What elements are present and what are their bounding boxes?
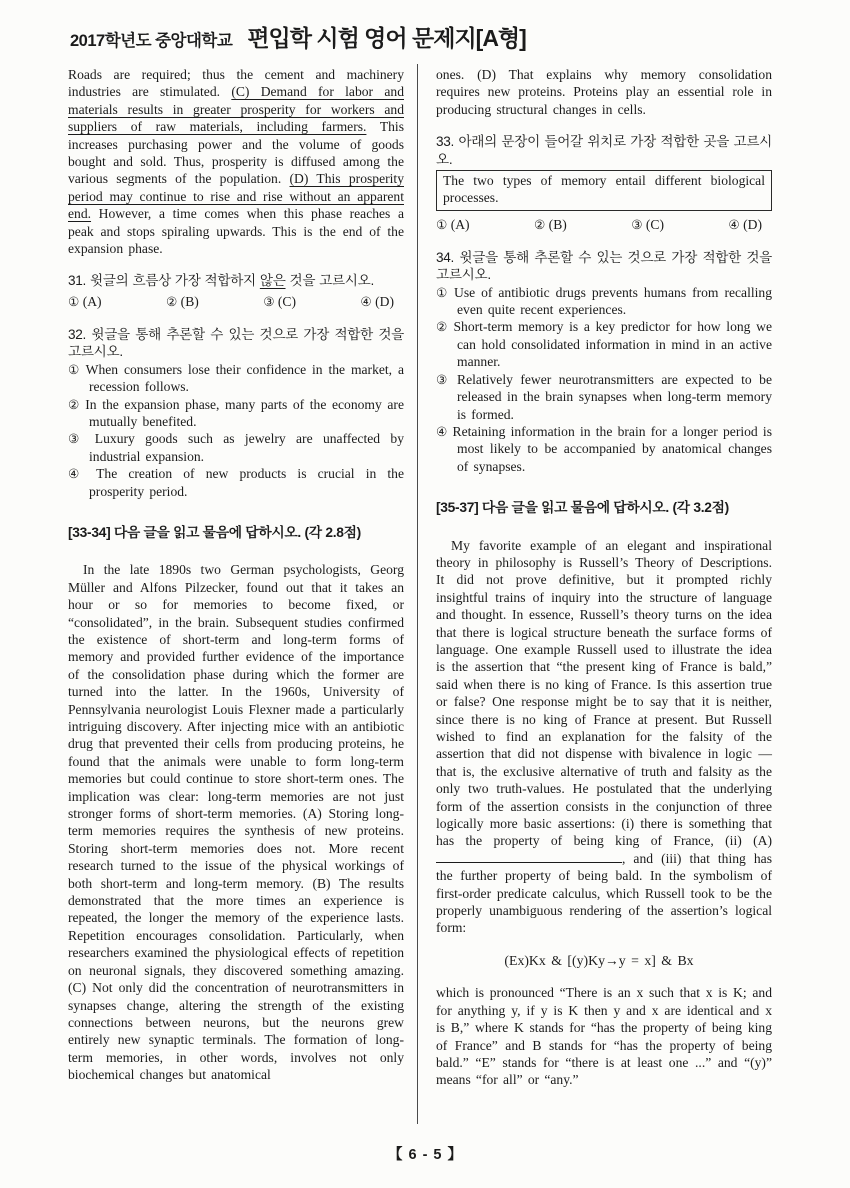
exam-page: 2017학년도 중앙대학교 편입학 시험 영어 문제지[A형] Roads ar… — [0, 0, 850, 1188]
passage-text-continued: Roads are required; thus the cement and … — [68, 66, 404, 257]
option-text: (C) — [646, 217, 664, 232]
question-prompt: 34. 윗글을 통해 추론할 수 있는 것으로 가장 적합한 것을 고르시오. — [436, 249, 772, 284]
question-34: 34. 윗글을 통해 추론할 수 있는 것으로 가장 적합한 것을 고르시오. … — [436, 249, 772, 475]
answer-option[interactable]: ① When consumers lose their confidence i… — [68, 361, 404, 396]
answer-option[interactable]: ④ (D) — [360, 292, 394, 311]
option-number-icon: ③ — [436, 372, 450, 387]
option-number-icon: ② — [68, 397, 80, 412]
text-run: My favorite example of an elegant and in… — [436, 538, 772, 849]
option-number-icon: ④ — [68, 466, 85, 481]
answer-options-row: ① (A)② (B)③ (C)④ (D) — [436, 215, 772, 234]
underlined-text: 않은 — [260, 273, 286, 288]
section-heading-33-34: [33-34] 다음 글을 읽고 물음에 답하시오. (각 2.8점) — [68, 524, 404, 541]
option-number-icon: ① — [68, 362, 80, 377]
option-number-icon: ① — [436, 285, 448, 300]
question-prompt: 31. 윗글의 흐름상 가장 적합하지 않은 것을 고르시오. — [68, 272, 404, 289]
answer-option[interactable]: ④ The creation of new products is crucia… — [68, 465, 404, 500]
option-text: Use of antibiotic drugs prevents humans … — [454, 285, 772, 317]
option-number-icon: ③ — [68, 431, 84, 446]
boxed-sentence: The two types of memory entail different… — [443, 172, 765, 207]
option-text: (B) — [549, 217, 567, 232]
answer-option[interactable]: ② (B) — [166, 292, 199, 311]
option-text: (D) — [375, 294, 394, 309]
option-text: (B) — [181, 294, 199, 309]
question-prompt: 33. 아래의 문장이 들어갈 위치로 가장 적합한 곳을 고르시오. — [436, 133, 772, 168]
option-text: (C) — [278, 294, 296, 309]
question-prompt: 32. 윗글을 통해 추론할 수 있는 것으로 가장 적합한 것을 고르시오. — [68, 326, 404, 361]
option-text: When consumers lose their confidence in … — [86, 362, 404, 394]
option-number-icon: ② — [166, 294, 177, 309]
answer-option[interactable]: ③ Luxury goods such as jewelry are unaff… — [68, 430, 404, 465]
option-text: (A) — [451, 217, 470, 232]
answer-option[interactable]: ② Short-term memory is a key predictor f… — [436, 318, 772, 370]
question-32: 32. 윗글을 통해 추론할 수 있는 것으로 가장 적합한 것을 고르시오. … — [68, 326, 404, 500]
page-number: 【 6 - 5 】 — [0, 1143, 850, 1164]
text-run: However, a time comes when this phase re… — [68, 206, 404, 256]
option-number-icon: ③ — [263, 294, 274, 309]
option-text: Luxury goods such as jewelry are unaffec… — [89, 431, 404, 463]
passage-text-35-37: My favorite example of an elegant and in… — [436, 537, 772, 937]
logic-formula: (Ex)Kx & [(y)Ky→y = x] & Bx — [436, 952, 762, 969]
option-number-icon: ④ — [360, 294, 371, 309]
answer-option[interactable]: ① (A) — [68, 292, 102, 311]
answer-options-list: ① When consumers lose their confidence i… — [68, 361, 404, 500]
option-number-icon: ② — [534, 217, 545, 232]
text-run: 31. 윗글의 흐름상 가장 적합하지 — [68, 273, 260, 288]
option-number-icon: ④ — [728, 217, 739, 232]
right-column: ones. (D) That explains why memory conso… — [436, 66, 772, 1089]
option-number-icon: ① — [436, 217, 447, 232]
two-column-body: Roads are required; thus the cement and … — [68, 66, 772, 1089]
answer-option[interactable]: ② In the expansion phase, many parts of … — [68, 396, 404, 431]
answer-option[interactable]: ③ (C) — [263, 292, 296, 311]
left-column: Roads are required; thus the cement and … — [68, 66, 404, 1089]
answer-option[interactable]: ① (A) — [436, 215, 470, 234]
passage-closing-text: which is pronounced “There is an x such … — [436, 984, 772, 1088]
section-heading-35-37: [35-37] 다음 글을 읽고 물음에 답하시오. (각 3.2점) — [436, 499, 772, 516]
option-number-icon: ② — [436, 319, 448, 334]
exam-school-label: 2017학년도 중앙대학교 — [70, 27, 232, 51]
option-number-icon: ① — [68, 294, 79, 309]
option-text: (D) — [743, 217, 762, 232]
option-text: Retaining information in the brain for a… — [453, 424, 772, 474]
option-text: The creation of new products is crucial … — [89, 466, 404, 498]
fill-in-blank — [436, 851, 622, 863]
page-header: 2017학년도 중앙대학교 편입학 시험 영어 문제지[A형] — [70, 20, 526, 53]
boxed-sentence-frame: The two types of memory entail different… — [436, 170, 772, 211]
answer-option[interactable]: ③ (C) — [631, 215, 664, 234]
passage-text-33-34: In the late 1890s two German psychologis… — [68, 561, 404, 1083]
answer-option[interactable]: ③ Relatively fewer neurotransmitters are… — [436, 371, 772, 423]
answer-option[interactable]: ④ Retaining information in the brain for… — [436, 423, 772, 475]
option-text: In the expansion phase, many parts of th… — [85, 397, 404, 429]
text-run: 것을 고르시오. — [286, 273, 374, 288]
text-run: , and (iii) that thing has the further p… — [436, 851, 772, 936]
option-text: Relatively fewer neurotransmitters are e… — [457, 372, 772, 422]
answer-options-list: ① Use of antibiotic drugs prevents human… — [436, 284, 772, 475]
question-31: 31. 윗글의 흐름상 가장 적합하지 않은 것을 고르시오. ① (A)② (… — [68, 272, 404, 310]
answer-option[interactable]: ② (B) — [534, 215, 567, 234]
answer-option[interactable]: ④ (D) — [728, 215, 762, 234]
passage-text-33-34-continued: ones. (D) That explains why memory conso… — [436, 66, 772, 118]
answer-option[interactable]: ① Use of antibiotic drugs prevents human… — [436, 284, 772, 319]
question-33: 33. 아래의 문장이 들어갈 위치로 가장 적합한 곳을 고르시오. The … — [436, 133, 772, 234]
option-text: Short-term memory is a key predictor for… — [454, 319, 773, 369]
option-number-icon: ④ — [436, 424, 447, 439]
page-title: 편입학 시험 영어 문제지[A형] — [247, 20, 526, 53]
answer-options-row: ① (A)② (B)③ (C)④ (D) — [68, 292, 404, 311]
option-number-icon: ③ — [631, 217, 642, 232]
option-text: (A) — [83, 294, 102, 309]
